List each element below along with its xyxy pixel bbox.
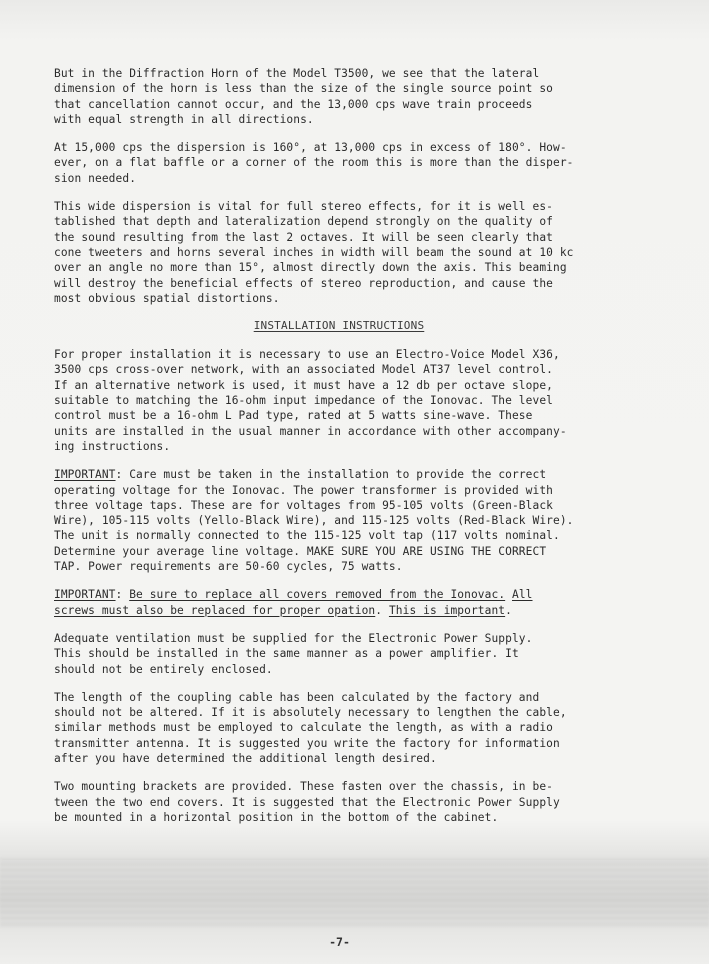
paragraph-ventilation: Adequate ventilation must be supplied fo…	[54, 631, 694, 677]
important-voltage-text: : Care must be taken in the installation…	[54, 468, 574, 573]
section-heading: INSTALLATION INSTRUCTIONS	[54, 319, 694, 332]
section-heading-text: INSTALLATION INSTRUCTIONS	[254, 319, 425, 332]
document-page: But in the Diffraction Horn of the Model…	[0, 0, 709, 964]
important-label: IMPORTANT	[54, 588, 116, 601]
paragraph-mounting-brackets: Two mounting brackets are provided. Thes…	[54, 779, 694, 825]
important-covers-text: Be sure to replace all covers removed fr…	[129, 588, 505, 601]
paragraph-diffraction-horn: But in the Diffraction Horn of the Model…	[54, 66, 694, 127]
bleed-through-shadow	[0, 858, 709, 928]
paragraph-important-covers: IMPORTANT: Be sure to replace all covers…	[54, 587, 694, 618]
paragraph-important-voltage: IMPORTANT: Care must be taken in the ins…	[54, 467, 694, 574]
paragraph-crossover-network: For proper installation it is necessary …	[54, 347, 694, 454]
paragraph-stereo-effects: This wide dispersion is vital for full s…	[54, 199, 694, 306]
page-body: But in the Diffraction Horn of the Model…	[54, 66, 694, 838]
paragraph-dispersion-angles: At 15,000 cps the dispersion is 160°, at…	[54, 140, 694, 186]
paragraph-coupling-cable: The length of the coupling cable has bee…	[54, 690, 694, 766]
important-emphasis-text: This is important	[389, 604, 505, 617]
important-label: IMPORTANT	[54, 468, 116, 481]
page-number: -7-	[0, 935, 709, 949]
